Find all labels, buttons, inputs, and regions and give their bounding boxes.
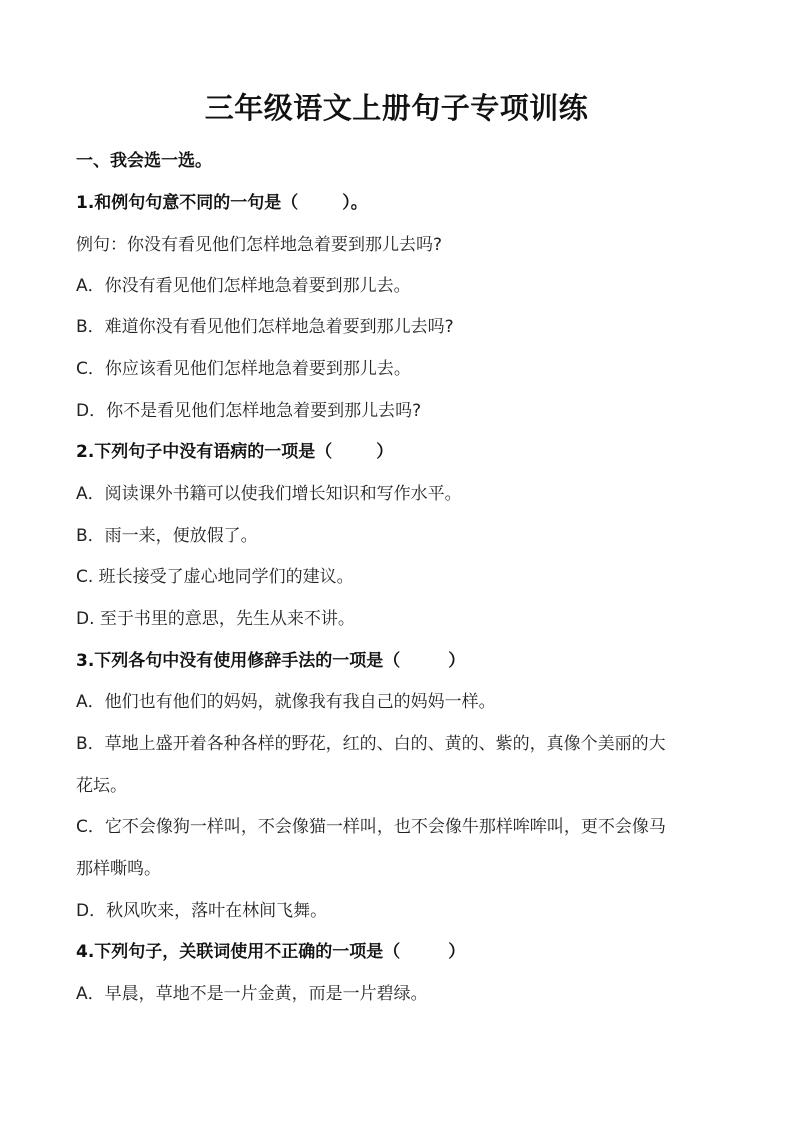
question-1-stem-text: 1.和例句句意不同的一句是（ — [76, 193, 298, 213]
question-3-option-a: A．他们也有他们的妈妈，就像我有我自己的妈妈一样。 — [76, 691, 496, 713]
question-3-option-d: D．秋风吹来，落叶在林间飞舞。 — [76, 900, 327, 922]
question-2-option-c: C. 班长接受了虚心地同学们的建议。 — [76, 566, 354, 588]
question-3-stem-end: ） — [448, 651, 465, 671]
question-3-option-b: B．草地上盛开着各种各样的野花，红的、白的、黄的、紫的，真像个美丽的大 — [76, 733, 666, 755]
question-3-stem-text: 3.下列各句中没有使用修辞手法的一项是（ — [76, 651, 400, 671]
question-3-option-c: C．它不会像狗一样叫，不会像猫一样叫，也不会像牛那样哞哞叫，更不会像马 — [76, 816, 666, 838]
question-4-stem-text: 4.下列句子，关联词使用不正确的一项是（ — [76, 942, 400, 962]
question-2-stem-text: 2.下列句子中没有语病的一项是（ — [76, 442, 332, 462]
question-1-example: 例句：你没有看见他们怎样地急着要到那儿去吗? — [76, 234, 442, 256]
question-2-option-a: A．阅读课外书籍可以使我们增长知识和写作水平。 — [76, 483, 462, 505]
question-4-stem: 4.下列句子，关联词使用不正确的一项是（） — [76, 941, 465, 963]
question-1-stem-end: ）。 — [342, 193, 368, 213]
section-heading: 一、我会选一选。 — [76, 150, 212, 172]
question-1-option-d: D．你不是看见他们怎样地急着要到那儿去吗? — [76, 400, 421, 422]
document-page: 三年级语文上册句子专项训练 一、我会选一选。 1.和例句句意不同的一句是（）。 … — [0, 0, 793, 1122]
question-2-stem-end: ） — [376, 442, 393, 462]
question-3-option-b-cont: 花坛。 — [76, 775, 127, 797]
question-4-option-a: A．早晨，草地不是一片金黄，而是一片碧绿。 — [76, 983, 428, 1005]
question-1-stem: 1.和例句句意不同的一句是（）。 — [76, 192, 368, 214]
page-title: 三年级语文上册句子专项训练 — [0, 86, 793, 127]
question-3-option-c-cont: 那样嘶鸣。 — [76, 858, 161, 880]
question-1-option-c: C．你应该看见他们怎样地急着要到那儿去。 — [76, 358, 411, 380]
question-2-stem: 2.下列句子中没有语病的一项是（） — [76, 441, 393, 463]
question-1-option-a: A．你没有看见他们怎样地急着要到那儿去。 — [76, 275, 411, 297]
question-1-option-b: B．难道你没有看见他们怎样地急着要到那儿去吗? — [76, 316, 454, 338]
question-2-option-b: B．雨一来，便放假了。 — [76, 525, 258, 547]
question-4-stem-end: ） — [448, 942, 465, 962]
question-2-option-d: D. 至于书里的意思，先生从来不讲。 — [76, 608, 355, 630]
question-3-stem: 3.下列各句中没有使用修辞手法的一项是（） — [76, 650, 465, 672]
